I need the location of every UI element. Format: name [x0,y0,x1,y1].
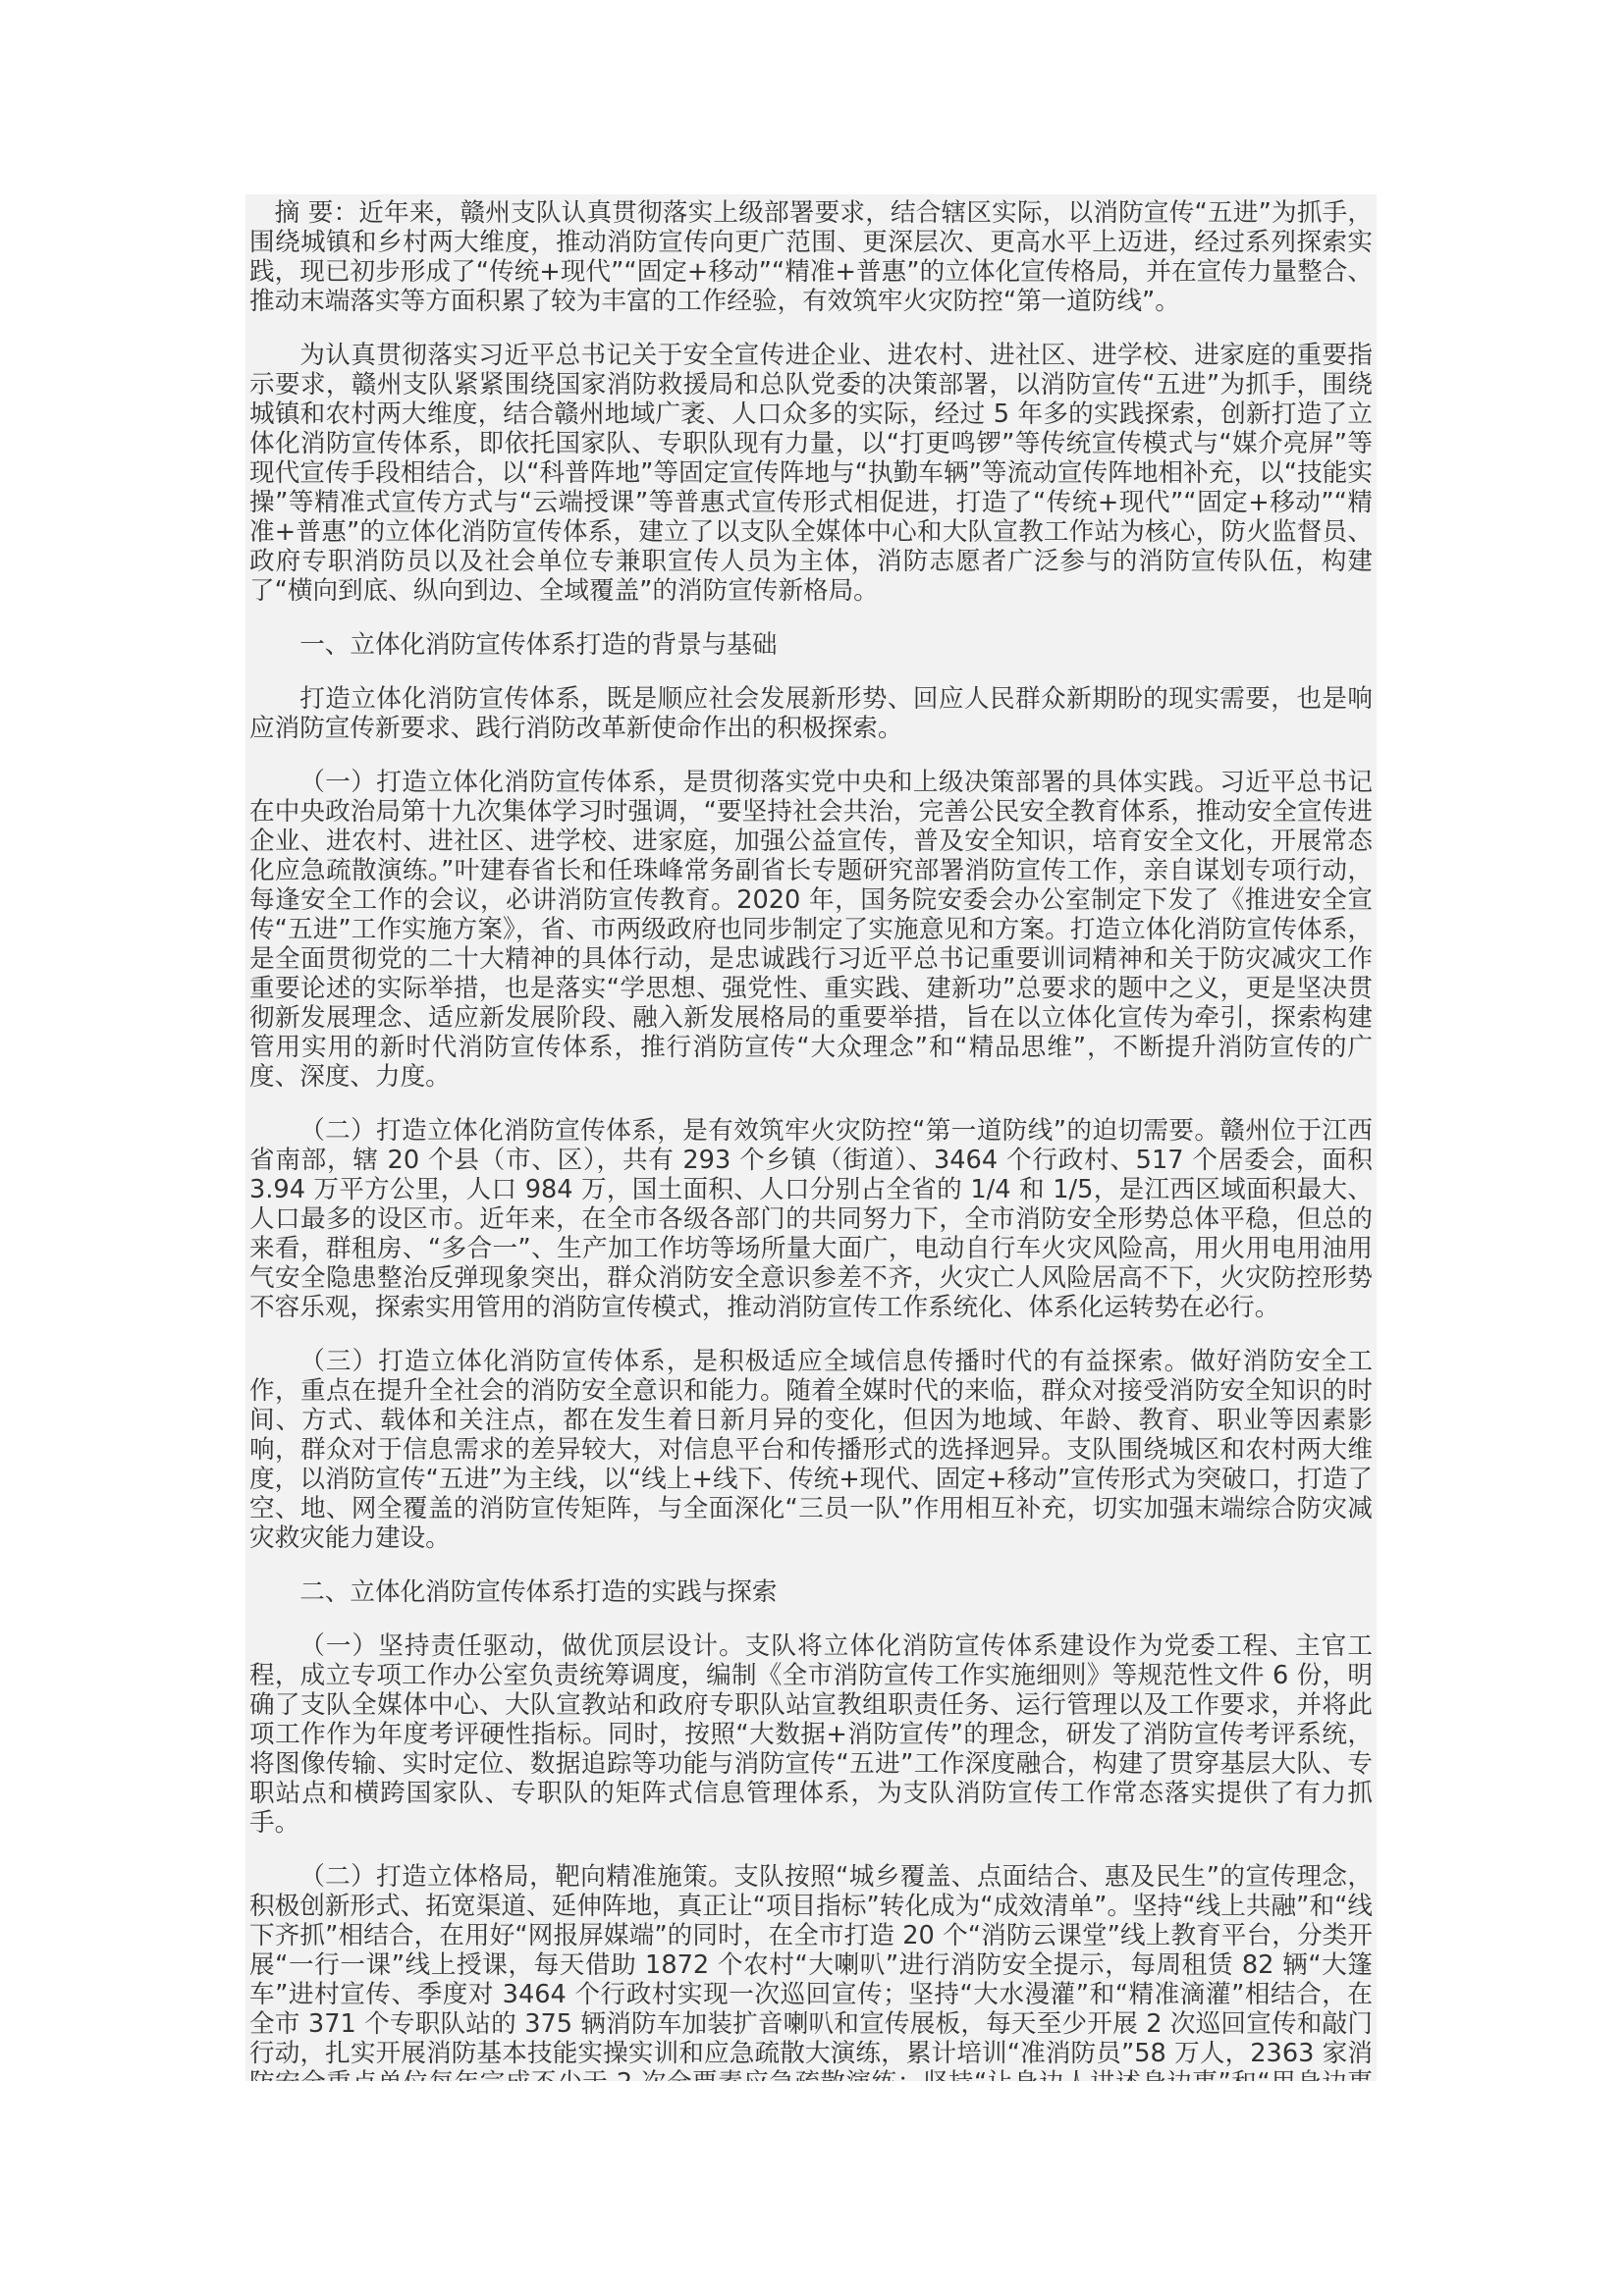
abstract-paragraph: 摘 要：近年来，赣州支队认真贯彻落实上级部署要求，结合辖区实际，以消防宣传“五进… [249,198,1373,316]
intro-paragraph: 为认真贯彻落实习近平总书记关于安全宣传进企业、进农村、进社区、进学校、进家庭的重… [249,341,1373,606]
section-1-item-1-paragraph: （一）打造立体化消防宣传体系，是贯彻落实党中央和上级决策部署的具体实践。习近平总… [249,768,1373,1092]
section-2-item-1-paragraph: （一）坚持责任驱动，做优顶层设计。支队将立体化消防宣传体系建设作为党委工程、主官… [249,1631,1373,1838]
section-2-item-2-paragraph: （二）打造立体格局，靶向精准施策。支队按照“城乡覆盖、点面结合、惠及民生”的宣传… [249,1862,1373,2081]
section-1-heading: 一、立体化消防宣传体系打造的背景与基础 [249,630,1373,660]
section-1-item-3-paragraph: （三）打造立体化消防宣传体系，是积极适应全域信息传播时代的有益探索。做好消防安全… [249,1347,1373,1553]
document-page: 摘 要：近年来，赣州支队认真贯彻落实上级部署要求，结合辖区实际，以消防宣传“五进… [245,194,1377,2081]
section-1-item-2-paragraph: （二）打造立体化消防宣传体系，是有效筑牢火灾防控“第一道防线”的迫切需要。赣州位… [249,1116,1373,1322]
section-2-heading: 二、立体化消防宣传体系打造的实践与探索 [249,1577,1373,1607]
section-1-lead-paragraph: 打造立体化消防宣传体系，既是顺应社会发展新形势、回应人民群众新期盼的现实需要，也… [249,684,1373,743]
